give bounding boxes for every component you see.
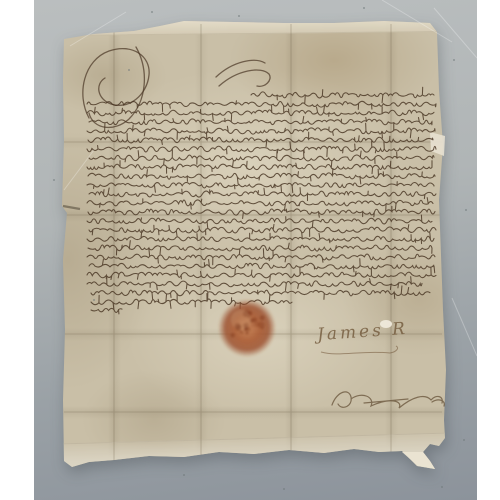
document-shadow (34, 0, 477, 500)
photo-backdrop: James R (34, 0, 477, 500)
manuscript-document (34, 0, 477, 500)
auction-photo: James R (0, 0, 500, 500)
parchment-surface (34, 0, 477, 500)
